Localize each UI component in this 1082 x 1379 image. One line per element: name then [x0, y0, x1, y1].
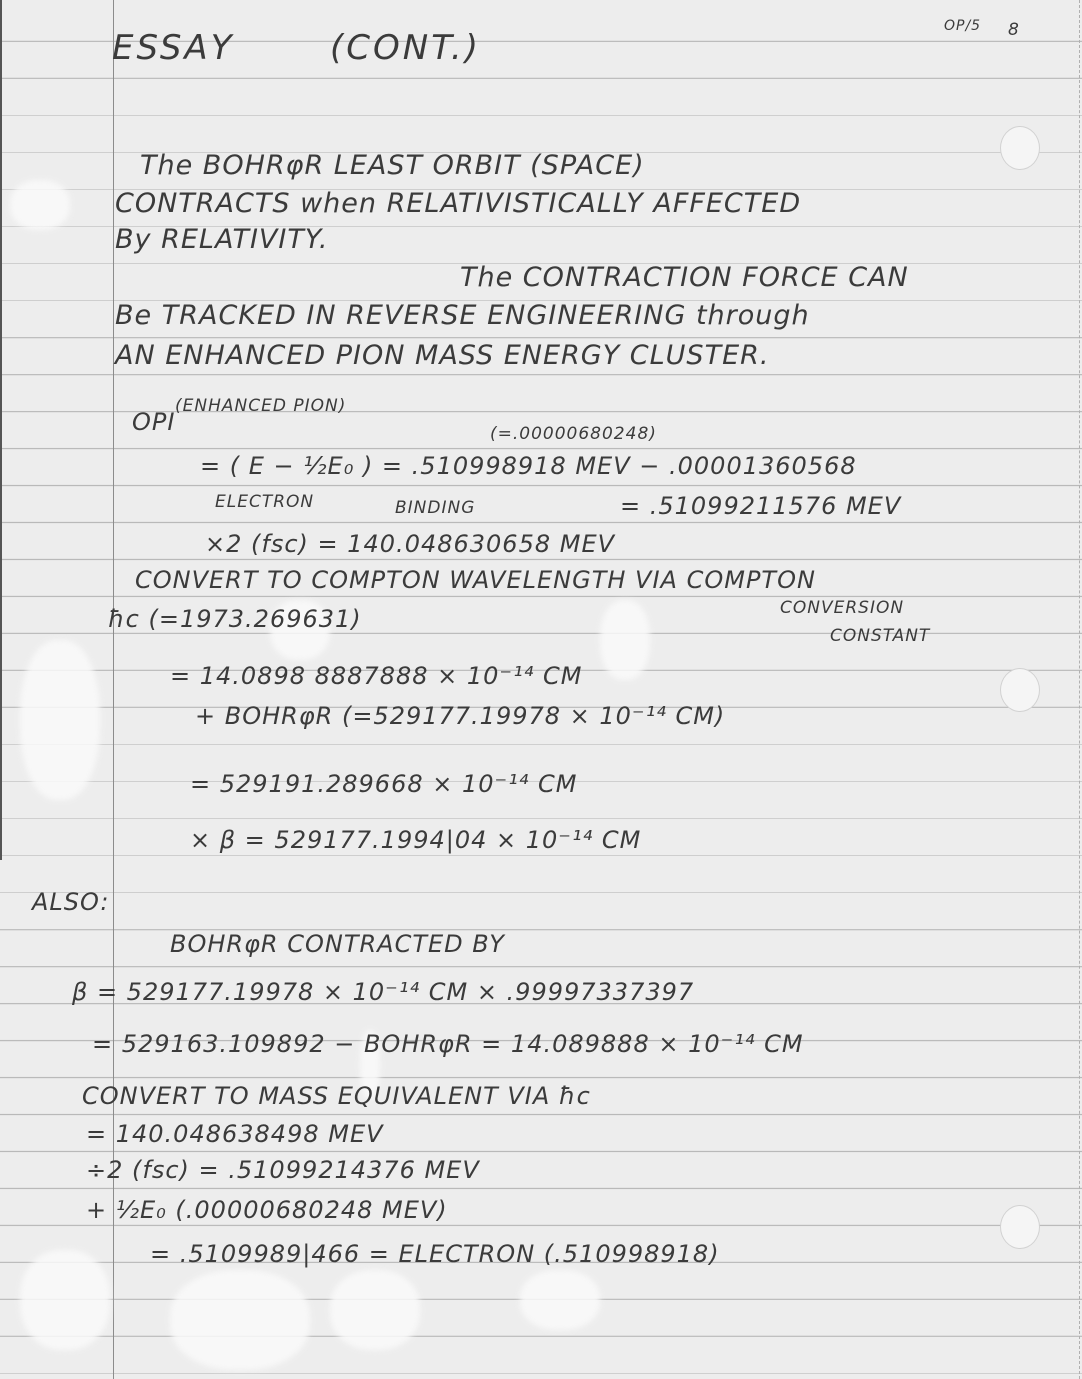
correction-smudge: [20, 1250, 110, 1350]
correction-smudge: [520, 1270, 600, 1330]
binding-result: = .51099211576 MEV: [620, 492, 901, 520]
constant-word: CONSTANT: [830, 626, 930, 646]
correction-smudge: [330, 1270, 420, 1350]
binder-hole: [1000, 1205, 1040, 1249]
also-divide-line: ÷2 (fsc) = .51099214376 MEV: [86, 1156, 480, 1184]
page-number: 8: [1008, 20, 1020, 40]
binding-value: (=.00000680248): [490, 424, 657, 444]
correction-smudge: [600, 600, 650, 680]
also-add-line: + ½E₀ (.00000680248 MEV): [86, 1196, 448, 1224]
contracted-by-line: BOHRφR CONTRACTED BY: [170, 930, 505, 958]
binder-hole: [1000, 126, 1040, 170]
correction-smudge: [10, 180, 70, 230]
also-result-line: = 529163.109892 − BOHRφR = 14.089888 × 1…: [92, 1030, 804, 1058]
fsc-line: ×2 (fsc) = 140.048630658 MEV: [205, 530, 615, 558]
wavelength-line: = 14.0898 8887888 × 10⁻¹⁴ CM: [170, 662, 582, 690]
also-beta-line: β = 529177.19978 × 10⁻¹⁴ CM × .999973373…: [72, 978, 694, 1006]
also-final-line: = .5109989|466 = ELECTRON (.510998918): [150, 1240, 720, 1268]
beta-line: × β = 529177.1994|04 × 10⁻¹⁴ CM: [190, 826, 641, 854]
calc-label: OPI: [132, 408, 175, 436]
paragraph-line: AN ENHANCED PION MASS ENERGY CLUSTER.: [115, 340, 769, 371]
also-convert-line: CONVERT TO MASS EQUIVALENT VIA ħc: [82, 1082, 591, 1110]
sum-line: = 529191.289668 × 10⁻¹⁴ CM: [190, 770, 578, 798]
also-label: ALSO:: [32, 888, 109, 916]
essay-title: ESSAY: [112, 28, 234, 68]
paragraph-line: Be TRACKED IN REVERSE ENGINEERING throug…: [115, 300, 810, 331]
paragraph-line: The CONTRACTION FORCE CAN: [460, 262, 909, 293]
correction-smudge: [20, 640, 100, 800]
correction-smudge: [170, 1270, 310, 1370]
paragraph-line: By RELATIVITY.: [115, 224, 328, 255]
electron-label: ELECTRON: [215, 492, 314, 512]
convert-line: CONVERT TO COMPTON WAVELENGTH VIA COMPTO…: [135, 566, 816, 594]
paragraph-line: The BOHRφR LEAST ORBIT (SPACE): [140, 150, 645, 181]
page-edge: [0, 0, 2, 860]
equation-line: = ( E − ½E₀ ) = .510998918 MEV − .000013…: [200, 452, 857, 480]
essay-subtitle: (CONT.): [330, 28, 481, 68]
bohr-add-line: + BOHRφR (=529177.19978 × 10⁻¹⁴ CM): [195, 702, 725, 730]
notebook-page: ESSAY (CONT.) OP/5 8 The BOHRφR LEAST OR…: [0, 0, 1082, 1379]
conversion-word: CONVERSION: [780, 598, 904, 618]
perforation-edge: [1078, 0, 1080, 1379]
paragraph-line: CONTRACTS when RELATIVISTICALLY AFFECTED: [115, 188, 801, 219]
page-reference: OP/5: [944, 18, 981, 34]
calc-label-note: (ENHANCED PION): [175, 396, 346, 416]
hbar-c-value: ħc (=1973.269631): [108, 605, 362, 633]
also-mass-line: = 140.048638498 MEV: [86, 1120, 384, 1148]
binding-label: BINDING: [395, 498, 475, 518]
binder-hole: [1000, 668, 1040, 712]
